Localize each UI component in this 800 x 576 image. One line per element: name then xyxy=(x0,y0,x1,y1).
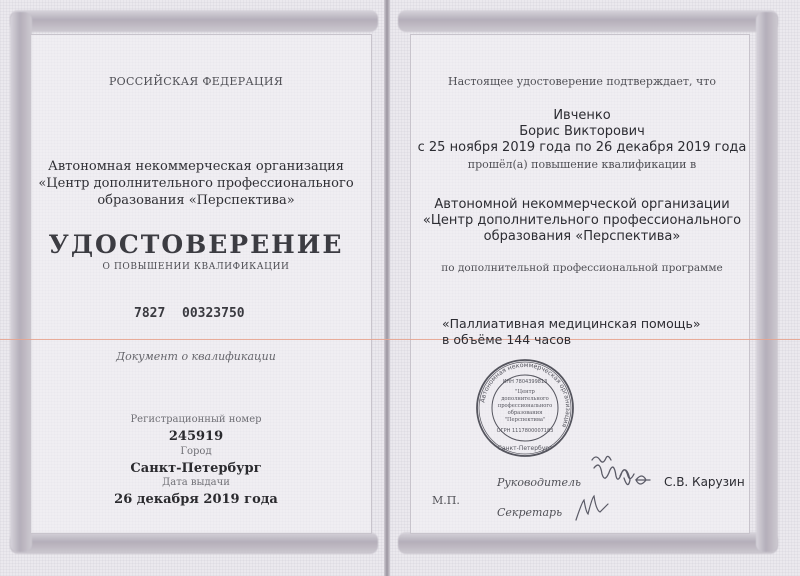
svg-text:дополнительного: дополнительного xyxy=(501,396,549,402)
svg-text:"Центр: "Центр xyxy=(515,389,535,395)
city-value: Санкт-Петербург xyxy=(0,461,392,476)
surname: Ивченко xyxy=(392,108,772,124)
issue-date-value: 26 декабря 2019 года xyxy=(0,492,392,507)
scan-line xyxy=(0,339,800,340)
completed-text: прошёл(а) повышение квалификации в xyxy=(392,158,772,171)
registration-label: Регистрационный номер xyxy=(0,414,392,425)
svg-text:образования: образования xyxy=(508,409,543,416)
given-names: Борис Викторович xyxy=(392,124,772,140)
director-label: Руководитель xyxy=(497,476,581,489)
seal-place: М.П. xyxy=(432,494,460,507)
frame-bottom-left xyxy=(10,532,378,554)
frame-top-right xyxy=(398,10,778,32)
secretary-signature xyxy=(572,492,612,524)
frame-top-left xyxy=(10,10,378,32)
director-name: С.В. Карузин xyxy=(664,475,745,489)
series-number: 7827 xyxy=(134,306,165,321)
right-org-line-3: образования «Перспектива» xyxy=(392,229,772,245)
document-subtitle: О ПОВЫШЕНИИ КВАЛИФИКАЦИИ xyxy=(0,262,392,272)
frame-right xyxy=(756,12,778,552)
director-signature xyxy=(580,450,670,495)
frame-bottom-right xyxy=(398,532,778,554)
stamp-city: Санкт-Петербург xyxy=(498,445,552,452)
right-org-line-1: Автономной некоммерческой организации xyxy=(392,197,772,213)
stamp-inn: ИНН 7804399813 xyxy=(503,379,548,385)
document-number: 00323750 xyxy=(182,306,245,321)
registration-number: 245919 xyxy=(0,429,392,444)
org-line-3: образования «Перспектива» xyxy=(0,192,392,209)
intro-text: Настоящее удостоверение подтверждает, чт… xyxy=(392,75,772,88)
training-period: с 25 ноября 2019 года по 26 декабря 2019… xyxy=(392,140,772,156)
document-type-note: Документ о квалификации xyxy=(0,350,392,363)
secretary-label: Секретарь xyxy=(497,506,562,519)
program-volume: в объёме 144 часов xyxy=(442,332,571,348)
program-intro: по дополнительной профессиональной прогр… xyxy=(392,262,772,274)
inner-frame-left xyxy=(30,34,372,534)
city-label: Город xyxy=(0,446,392,457)
stamp-ogrn: ОГРН 1117800007183 xyxy=(497,428,554,434)
issue-date-label: Дата выдачи xyxy=(0,477,392,488)
svg-text:"Перспектива": "Перспектива" xyxy=(505,417,546,423)
svg-text:профессионального: профессионального xyxy=(498,402,553,409)
org-line-1: Автономная некоммерческая организация xyxy=(0,158,392,175)
document-title: УДОСТОВЕРЕНИЕ xyxy=(0,230,392,259)
country-heading: РОССИЙСКАЯ ФЕДЕРАЦИЯ xyxy=(0,75,392,88)
organization-stamp: Автономная некоммерческая организация ИН… xyxy=(463,358,587,458)
org-line-2: «Центр дополнительного профессионального xyxy=(0,175,392,192)
right-org-line-2: «Центр дополнительного профессионального xyxy=(392,213,772,229)
program-name: «Паллиативная медицинская помощь» xyxy=(442,316,701,332)
